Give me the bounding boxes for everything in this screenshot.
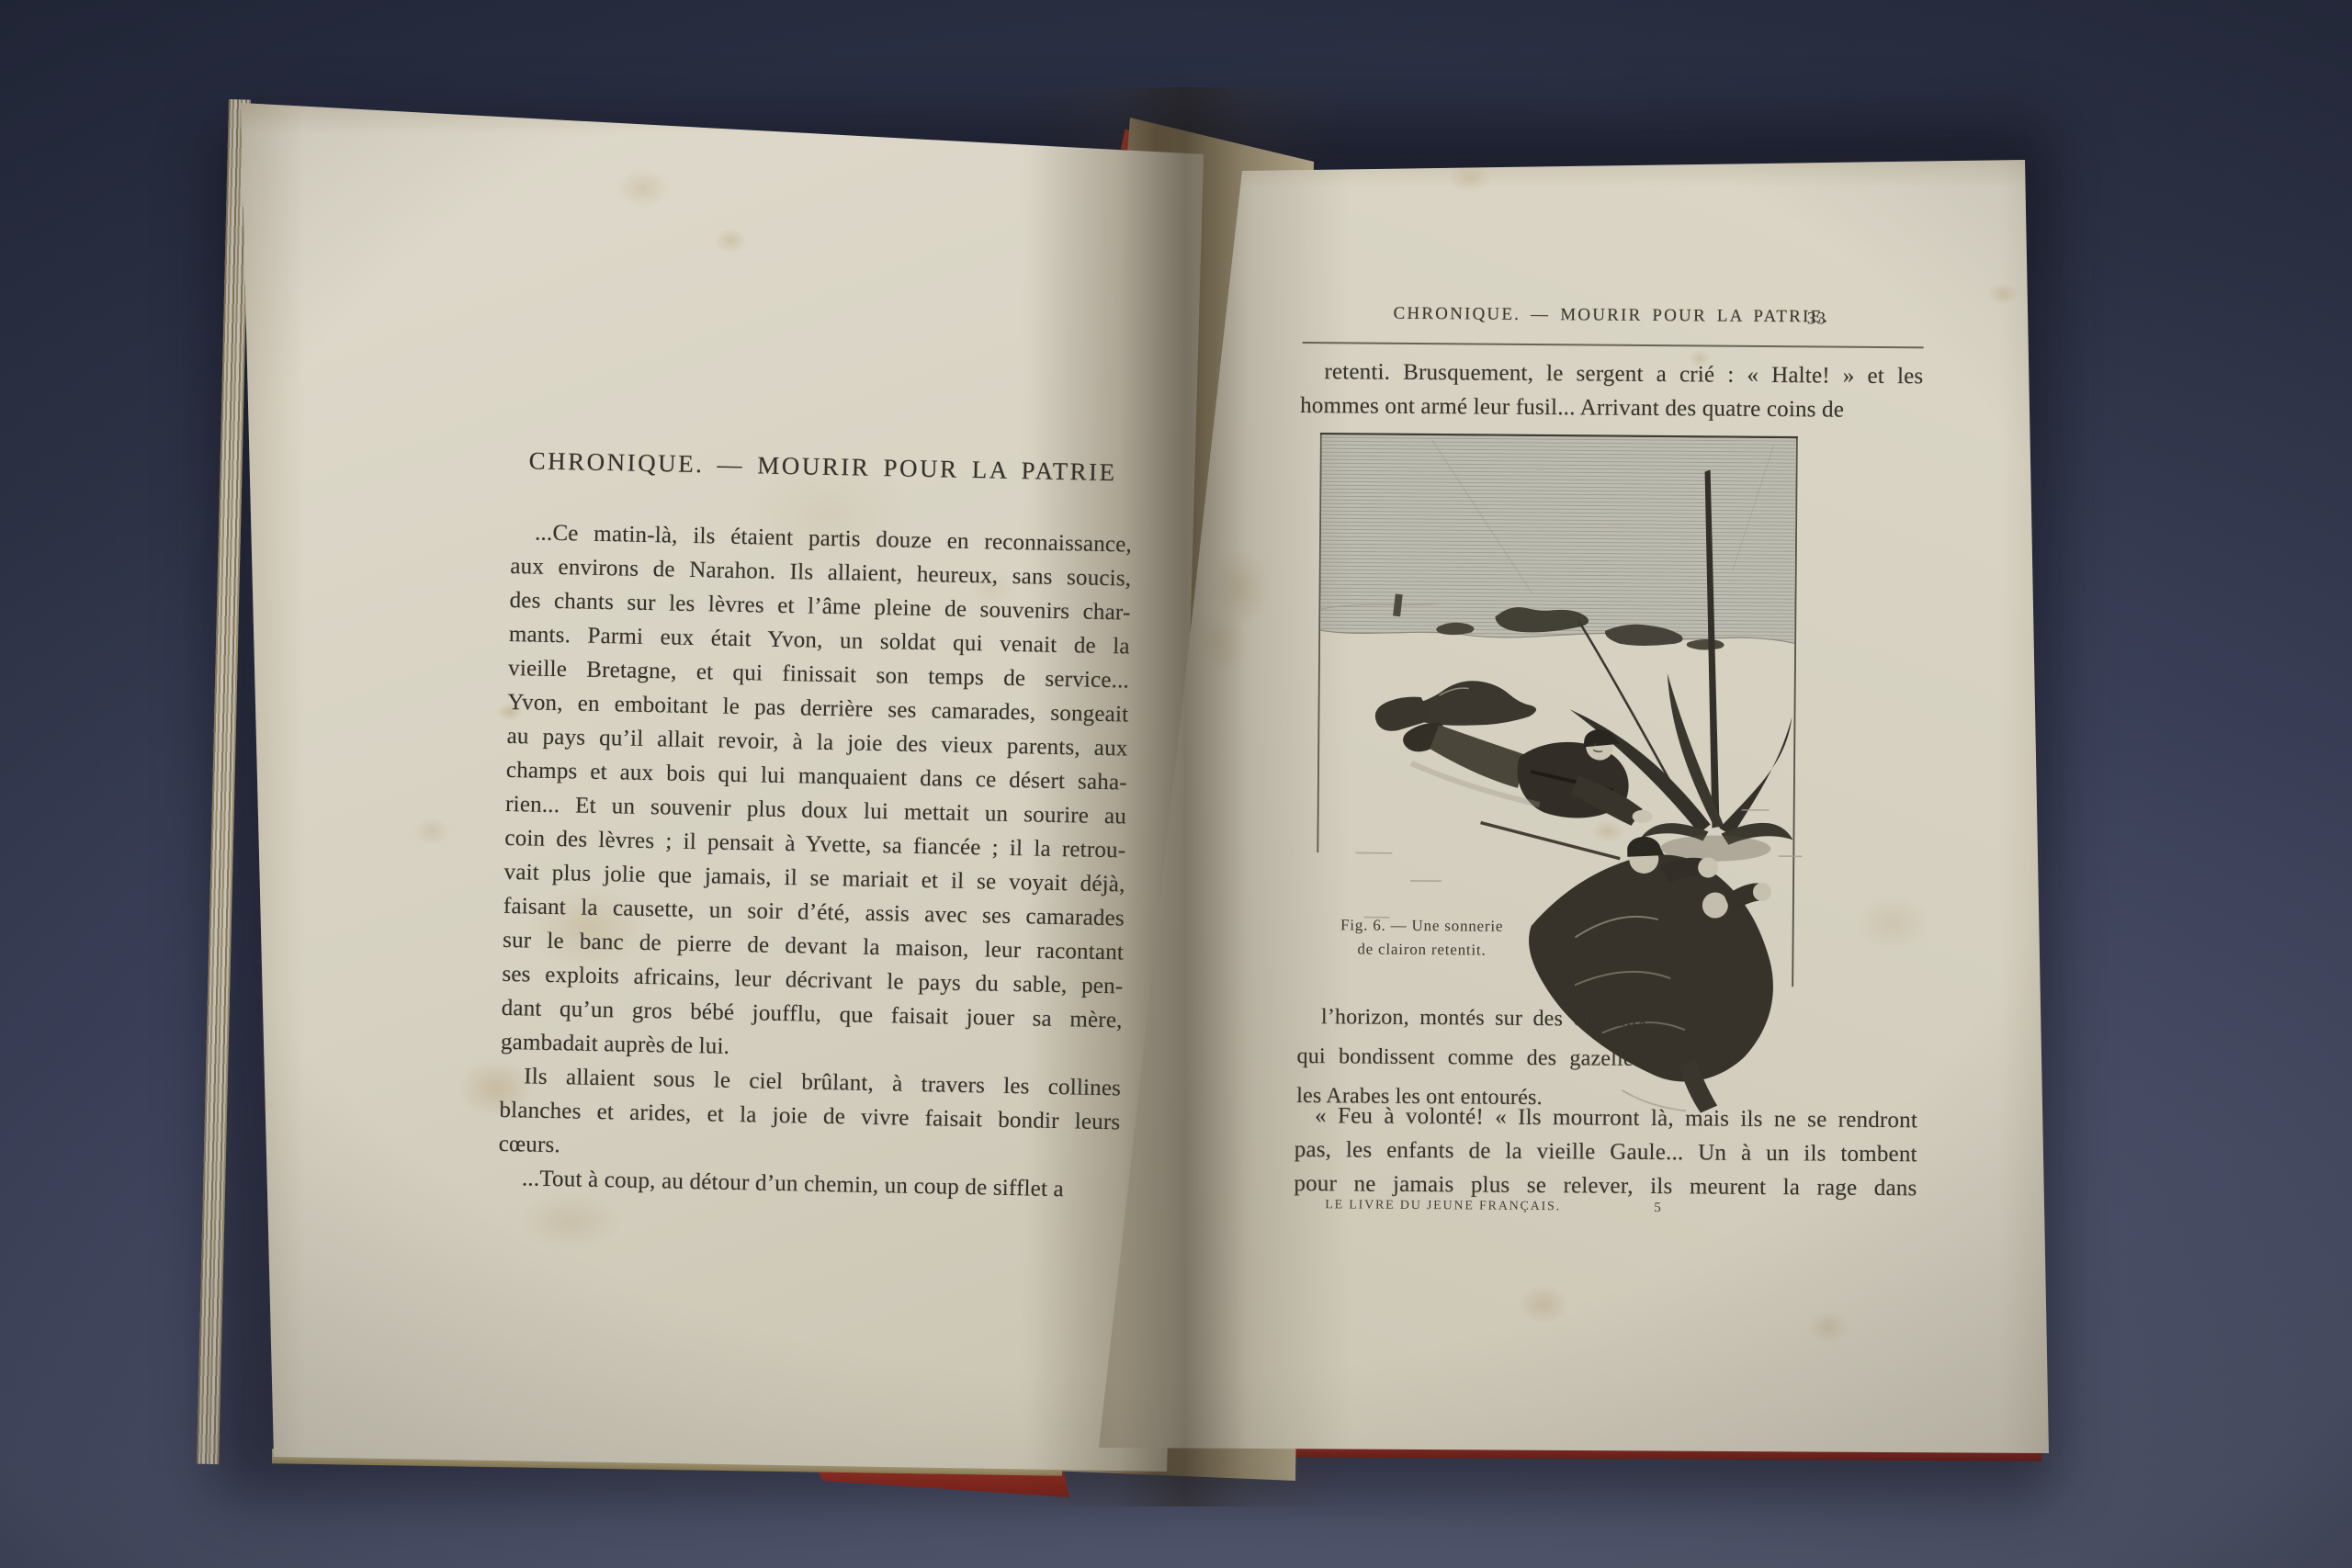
body-text-line: « Feu à volonté! « Ils mourront là, mais… (1295, 1099, 1917, 1137)
running-header-title: CHRONIQUE. — MOURIR POUR LA PATRIE. (1301, 303, 1922, 328)
figure-caption-line: de clairon retentit. (1308, 937, 1534, 963)
body-text-line: pas, les enfants de la vieille Gaule... … (1295, 1133, 1917, 1171)
left-page-text: CHRONIQUE. — MOURIR POUR LA PATRIE ...Ce… (498, 446, 1134, 1207)
header-rule (1303, 342, 1924, 348)
paragraph: retenti. Brusquement, le sergent a crié … (1300, 355, 1924, 427)
right-page-text: CHRONIQUE. — MOURIR POUR LA PATRIE. 33 r… (1294, 303, 1929, 1254)
figure-caption: Fig. 6. — Une sonneriede clairon retenti… (1308, 913, 1534, 963)
paragraph: Ils allaient sous le ciel brûlant, à tra… (498, 1059, 1121, 1174)
figure-caption-line: Fig. 6. — Une sonnerie (1309, 913, 1535, 939)
body-text-line: qui bondissent comme des gazelles, (1296, 1037, 1647, 1079)
signature-mark: 5 (1654, 1201, 1661, 1216)
paragraph: ...Ce matin-là, ils étaient partis douze… (501, 515, 1133, 1071)
page-number: 33 (1807, 309, 1826, 329)
running-header: CHRONIQUE. — MOURIR POUR LA PATRIE. 33 (1301, 303, 1922, 341)
page-footer: LE LIVRE DU JEUNE FRANÇAIS. 5 (1294, 1198, 1917, 1226)
body-text-line: retenti. Brusquement, le sergent a crié … (1300, 355, 1923, 393)
book-photo: CHRONIQUE. — MOURIR POUR LA PATRIE ...Ce… (0, 0, 2352, 1568)
paragraph: « Feu à volonté! « Ils mourront là, mais… (1294, 1099, 1917, 1205)
footer-imprint: LE LIVRE DU JEUNE FRANÇAIS. (1325, 1198, 1561, 1214)
body-text-line: l’horizon, montés sur des chevaux (1297, 998, 1648, 1040)
